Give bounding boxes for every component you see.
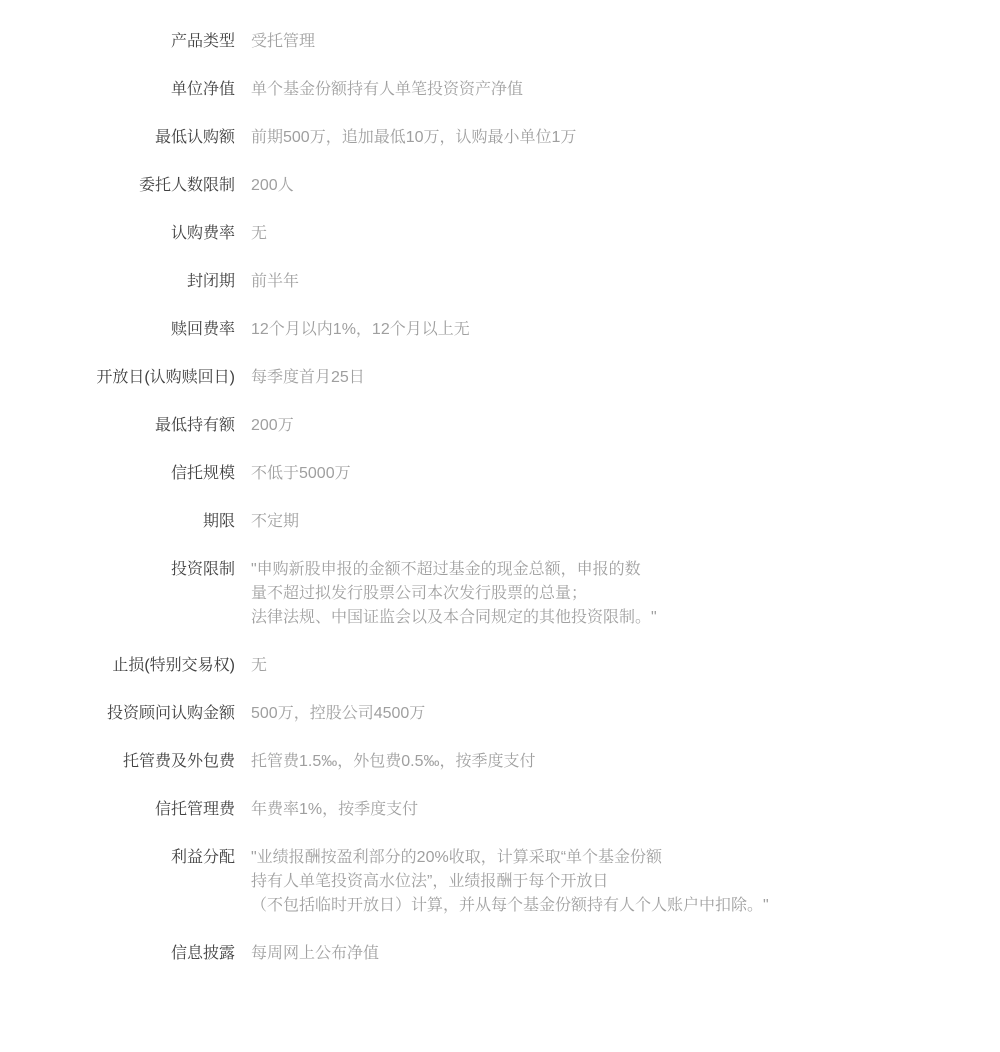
field-row-information-disclosure: 信息披露 每周网上公布净值	[0, 942, 1000, 966]
field-value: 无	[251, 222, 267, 246]
field-row-product-type: 产品类型 受托管理	[0, 30, 1000, 54]
field-value: 200人	[251, 174, 294, 198]
field-label: 开放日(认购赎回日)	[0, 366, 235, 390]
field-row-client-count-limit: 委托人数限制 200人	[0, 174, 1000, 198]
field-value-line: 200人	[251, 174, 294, 198]
field-label: 投资顾问认购金额	[0, 702, 235, 726]
field-row-subscription-fee: 认购费率 无	[0, 222, 1000, 246]
field-label: 信托管理费	[0, 798, 235, 822]
field-label: 止损(特别交易权)	[0, 654, 235, 678]
field-value-line: 年费率1%，按季度支付	[251, 798, 418, 822]
field-label: 利益分配	[0, 846, 235, 870]
field-value-line: 不定期	[251, 510, 299, 534]
field-label: 最低认购额	[0, 126, 235, 150]
field-row-advisor-subscription-amount: 投资顾问认购金额 500万，控股公司4500万	[0, 702, 1000, 726]
field-value-line: 受托管理	[251, 30, 315, 54]
field-row-unit-nav: 单位净值 单个基金份额持有人单笔投资资产净值	[0, 78, 1000, 102]
field-label: 投资限制	[0, 558, 235, 582]
field-value-line: 单个基金份额持有人单笔投资资产净值	[251, 78, 523, 102]
field-value: 年费率1%，按季度支付	[251, 798, 418, 822]
field-row-min-holding: 最低持有额 200万	[0, 414, 1000, 438]
field-value: 12个月以内1%，12个月以上无	[251, 318, 470, 342]
field-row-trust-management-fee: 信托管理费 年费率1%，按季度支付	[0, 798, 1000, 822]
field-value-line: 前半年	[251, 270, 299, 294]
field-row-investment-restrictions: 投资限制 "申购新股申报的金额不超过基金的现金总额，申报的数 量不超过拟发行股票…	[0, 558, 1000, 630]
field-value-line: （不包括临时开放日）计算，并从每个基金份额持有人个人账户中扣除。"	[251, 894, 769, 918]
field-value: 500万，控股公司4500万	[251, 702, 425, 726]
field-value-line: 每周网上公布净值	[251, 942, 379, 966]
field-value: 不定期	[251, 510, 299, 534]
field-value-line: 每季度首月25日	[251, 366, 365, 390]
field-value: 无	[251, 654, 267, 678]
field-value-line: 不低于5000万	[251, 462, 351, 486]
field-value-line: 无	[251, 654, 267, 678]
field-label: 单位净值	[0, 78, 235, 102]
field-value-line: "业绩报酬按盈利部分的20%收取，计算采取“单个基金份额	[251, 846, 769, 870]
field-label: 最低持有额	[0, 414, 235, 438]
field-label: 认购费率	[0, 222, 235, 246]
field-row-open-day: 开放日(认购赎回日) 每季度首月25日	[0, 366, 1000, 390]
field-value: 前期500万，追加最低10万，认购最小单位1万	[251, 126, 576, 150]
field-label: 期限	[0, 510, 235, 534]
field-label: 赎回费率	[0, 318, 235, 342]
field-row-profit-distribution: 利益分配 "业绩报酬按盈利部分的20%收取，计算采取“单个基金份额 持有人单笔投…	[0, 846, 1000, 918]
field-row-stop-loss: 止损(特别交易权) 无	[0, 654, 1000, 678]
field-value: "申购新股申报的金额不超过基金的现金总额，申报的数 量不超过拟发行股票公司本次发…	[251, 558, 657, 630]
field-value-line: 前期500万，追加最低10万，认购最小单位1万	[251, 126, 576, 150]
field-row-trust-scale: 信托规模 不低于5000万	[0, 462, 1000, 486]
field-label: 信托规模	[0, 462, 235, 486]
field-value: "业绩报酬按盈利部分的20%收取，计算采取“单个基金份额 持有人单笔投资高水位法…	[251, 846, 769, 918]
field-value-line: 托管费1.5‰，外包费0.5‰，按季度支付	[251, 750, 536, 774]
field-value-line: 持有人单笔投资高水位法”，业绩报酬于每个开放日	[251, 870, 769, 894]
field-value: 单个基金份额持有人单笔投资资产净值	[251, 78, 523, 102]
field-value-line: 法律法规、中国证监会以及本合同规定的其他投资限制。"	[251, 606, 657, 630]
field-value-line: "申购新股申报的金额不超过基金的现金总额，申报的数	[251, 558, 657, 582]
field-value-line: 量不超过拟发行股票公司本次发行股票的总量；	[251, 582, 657, 606]
field-value-line: 无	[251, 222, 267, 246]
field-row-closed-period: 封闭期 前半年	[0, 270, 1000, 294]
field-row-redemption-fee: 赎回费率 12个月以内1%，12个月以上无	[0, 318, 1000, 342]
field-value-line: 12个月以内1%，12个月以上无	[251, 318, 470, 342]
field-value: 不低于5000万	[251, 462, 351, 486]
field-value: 每季度首月25日	[251, 366, 365, 390]
field-value-line: 500万，控股公司4500万	[251, 702, 425, 726]
field-row-custody-outsourcing-fee: 托管费及外包费 托管费1.5‰，外包费0.5‰，按季度支付	[0, 750, 1000, 774]
field-row-min-subscription: 最低认购额 前期500万，追加最低10万，认购最小单位1万	[0, 126, 1000, 150]
field-value: 受托管理	[251, 30, 315, 54]
field-label: 信息披露	[0, 942, 235, 966]
field-row-duration: 期限 不定期	[0, 510, 1000, 534]
field-value: 每周网上公布净值	[251, 942, 379, 966]
field-value-line: 200万	[251, 414, 294, 438]
field-value: 200万	[251, 414, 294, 438]
field-label: 产品类型	[0, 30, 235, 54]
field-value: 托管费1.5‰，外包费0.5‰，按季度支付	[251, 750, 536, 774]
field-label: 封闭期	[0, 270, 235, 294]
field-label: 委托人数限制	[0, 174, 235, 198]
field-label: 托管费及外包费	[0, 750, 235, 774]
field-value: 前半年	[251, 270, 299, 294]
product-detail-panel: 产品类型 受托管理 单位净值 单个基金份额持有人单笔投资资产净值 最低认购额 前…	[0, 0, 1000, 1052]
